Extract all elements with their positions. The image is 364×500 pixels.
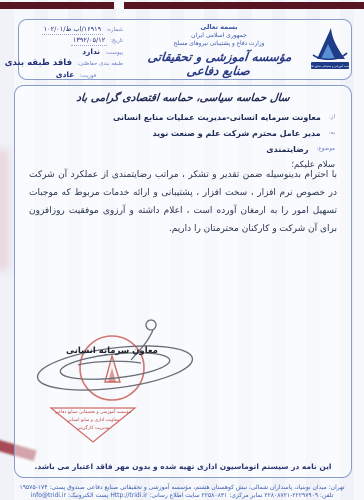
besmele-text: بسمه تعالی xyxy=(139,23,299,31)
attachment-value: ندارد xyxy=(80,47,102,57)
classification-value: فاقد طبقه بندی xyxy=(3,58,74,69)
automation-validity-notice: این نامه در سیستم اتوماسیون اداری تهیه ش… xyxy=(15,462,351,471)
letter-body-paragraph: با احترام بدینوسیله ضمن تقدیر و تشکر ، م… xyxy=(29,166,337,238)
from-label: از: xyxy=(329,114,335,120)
ministry-text: وزارت دفاع و پشتیبانی نیروهای مسلح xyxy=(139,41,299,47)
triangle-stamp-line3: مدیریت کارگزینی xyxy=(77,424,110,431)
number-value: ۱۶۹۱۹/اب ط/۱۰۲/۰۱ xyxy=(42,25,104,35)
meta-row-attachment: پیوست: ندارد xyxy=(27,47,123,57)
date-label: تاریخ: xyxy=(110,38,123,44)
urgency-value: عادی xyxy=(54,70,77,80)
scan-smudge xyxy=(0,150,8,270)
letter-body-box: سال حماسه سیاسی، حماسه اقتصادی گرامی باد… xyxy=(14,85,352,478)
year-slogan-calligraphy: سال حماسه سیاسی، حماسه اقتصادی گرامی باد xyxy=(14,92,351,104)
institute-name-calligraphy: مؤسسه آموزشی و تحقیقاتی صنایع دفاعی xyxy=(138,50,301,78)
country-text: جمهوری اسلامی ایران xyxy=(139,32,299,39)
triangle-stamp-line2: معاونت اداری و منابع انسانی xyxy=(67,418,119,423)
round-stamp-ring-text: وزارت دفاع و پشتیبانی نیروهای مسلح xyxy=(23,316,26,318)
footer-address-line: تهران: میدان نوبنیاد، پاسداران شمالی، نب… xyxy=(0,484,364,492)
letter-meta-fields: شماره: ۱۶۹۱۹/اب ط/۱۰۲/۰۱ تاریخ: ۱۳۹۲/۰۵/… xyxy=(27,25,123,81)
scanned-letter-page: مؤسسه آموزشی و تحقیقاتی صنایع دفاعی بسمه… xyxy=(0,0,364,500)
meta-row-classification: طبقه بندی حفاظتی: فاقد طبقه بندی xyxy=(27,58,123,69)
footer-phone-line: تلفن: ۲۲۲۹۷۹۰۹-۲۲۸۰۸۷۲۱ نمابر مرکزی: ۲۲۵… xyxy=(0,492,364,500)
letterhead-box: مؤسسه آموزشی و تحقیقاتی صنایع دفاعی بسمه… xyxy=(18,19,352,80)
signer-title-text: معاون سرمایه انسانی xyxy=(66,346,158,356)
number-label: شماره: xyxy=(106,27,123,33)
urgency-label: فوریت: xyxy=(79,73,96,79)
scan-artifact-strip-left xyxy=(0,2,114,9)
round-stamp-logo-inner xyxy=(108,368,116,382)
handwritten-signature xyxy=(35,320,195,397)
scan-artifact-strip-right xyxy=(124,2,364,9)
footer-contact-block: تهران: میدان نوبنیاد، پاسداران شمالی، نب… xyxy=(0,484,364,499)
classification-label: طبقه بندی حفاظتی: xyxy=(77,61,123,67)
to-label: به: xyxy=(329,130,335,136)
meta-row-number: شماره: ۱۶۹۱۹/اب ط/۱۰۲/۰۱ xyxy=(27,25,123,35)
meta-row-urgency: فوریت: عادی xyxy=(27,70,123,80)
meta-row-date: تاریخ: ۱۳۹۲/۰۵/۱۲ xyxy=(27,36,123,46)
letterhead-center: بسمه تعالی جمهوری اسلامی ایران وزارت دفا… xyxy=(139,23,299,78)
date-value: ۱۳۹۲/۰۵/۱۲ xyxy=(71,36,107,46)
signature-stamp-area: وزارت دفاع و پشتیبانی نیروهای مسلح معاون… xyxy=(23,316,213,448)
logo-caption-text: مؤسسه آموزشی و تحقیقاتی صنایع دفاعی xyxy=(311,64,349,68)
institute-logo-icon: مؤسسه آموزشی و تحقیقاتی صنایع دفاعی xyxy=(311,25,349,75)
attachment-label: پیوست: xyxy=(105,50,123,56)
triangle-stamp-line1: مؤسسه آموزشی و تحقیقاتی صنایع دفاعی xyxy=(55,409,132,415)
